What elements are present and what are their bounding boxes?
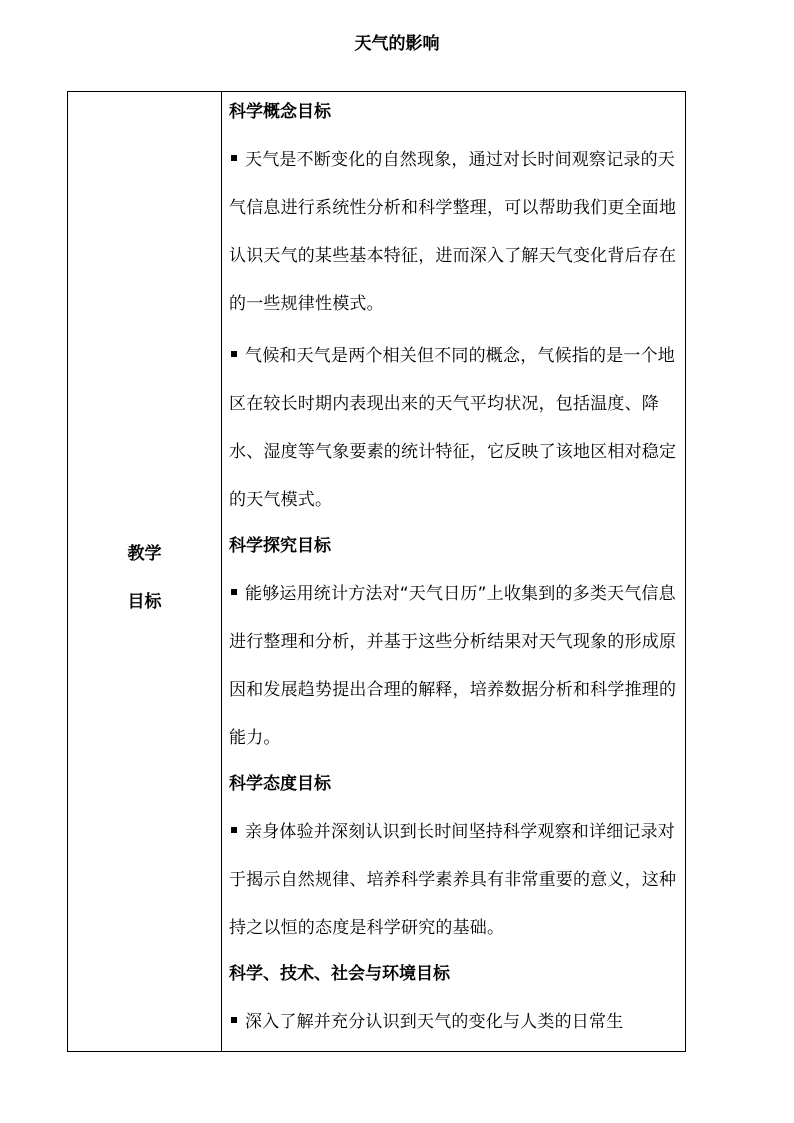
bullet-text: 气候和天气是两个相关但不同的概念，气候指的是一个地区在较长时期内表现出来的天气平…	[229, 346, 676, 510]
section-heading: 科学探究目标	[229, 528, 677, 564]
section-attitude-goals: 科学态度目标 亲身体验并深刻认识到长时间坚持科学观察和详细记录对于揭示自然规律、…	[229, 766, 677, 952]
square-bullet-icon	[231, 1017, 237, 1023]
bullet-text: 天气是不断变化的自然现象，通过对长时间观察记录的天气信息进行系统性分析和科学整理…	[229, 150, 676, 314]
teaching-goals-table: 教学 目标 科学概念目标 天气是不断变化的自然现象，通过对长时间观察记录的天气信…	[67, 91, 686, 1052]
section-heading: 科学态度目标	[229, 766, 677, 802]
bullet-item: 深入了解并充分认识到天气的变化与人类的日常生	[229, 998, 677, 1046]
section-heading: 科学、技术、社会与环境目标	[229, 956, 677, 992]
bullet-item: 亲身体验并深刻认识到长时间坚持科学观察和详细记录对于揭示自然规律、培养科学素养具…	[229, 808, 677, 952]
bullet-text: 能够运用统计方法对“天气日历”上收集到的多类天气信息进行整理和分析，并基于这些分…	[229, 584, 676, 748]
bullet-item: 气候和天气是两个相关但不同的概念，气候指的是一个地区在较长时期内表现出来的天气平…	[229, 332, 677, 524]
square-bullet-icon	[231, 827, 237, 833]
square-bullet-icon	[231, 155, 237, 161]
bullet-text: 深入了解并充分认识到天气的变化与人类的日常生	[245, 1012, 623, 1032]
section-stse-goals: 科学、技术、社会与环境目标 深入了解并充分认识到天气的变化与人类的日常生	[229, 956, 677, 1046]
section-inquiry-goals: 科学探究目标 能够运用统计方法对“天气日历”上收集到的多类天气信息进行整理和分析…	[229, 528, 677, 762]
section-heading: 科学概念目标	[229, 94, 677, 130]
row-label-cell: 教学 目标	[68, 92, 222, 1051]
goals-content-cell: 科学概念目标 天气是不断变化的自然现象，通过对长时间观察记录的天气信息进行系统性…	[222, 92, 685, 1051]
square-bullet-icon	[231, 589, 237, 595]
row-label-line-2: 目标	[128, 578, 162, 626]
bullet-item: 能够运用统计方法对“天气日历”上收集到的多类天气信息进行整理和分析，并基于这些分…	[229, 570, 677, 762]
bullet-text: 亲身体验并深刻认识到长时间坚持科学观察和详细记录对于揭示自然规律、培养科学素养具…	[229, 822, 676, 938]
section-concept-goals: 科学概念目标 天气是不断变化的自然现象，通过对长时间观察记录的天气信息进行系统性…	[229, 94, 677, 524]
row-label-line-1: 教学	[128, 530, 162, 578]
bullet-item: 天气是不断变化的自然现象，通过对长时间观察记录的天气信息进行系统性分析和科学整理…	[229, 136, 677, 328]
document-title: 天气的影响	[0, 32, 794, 56]
square-bullet-icon	[231, 351, 237, 357]
